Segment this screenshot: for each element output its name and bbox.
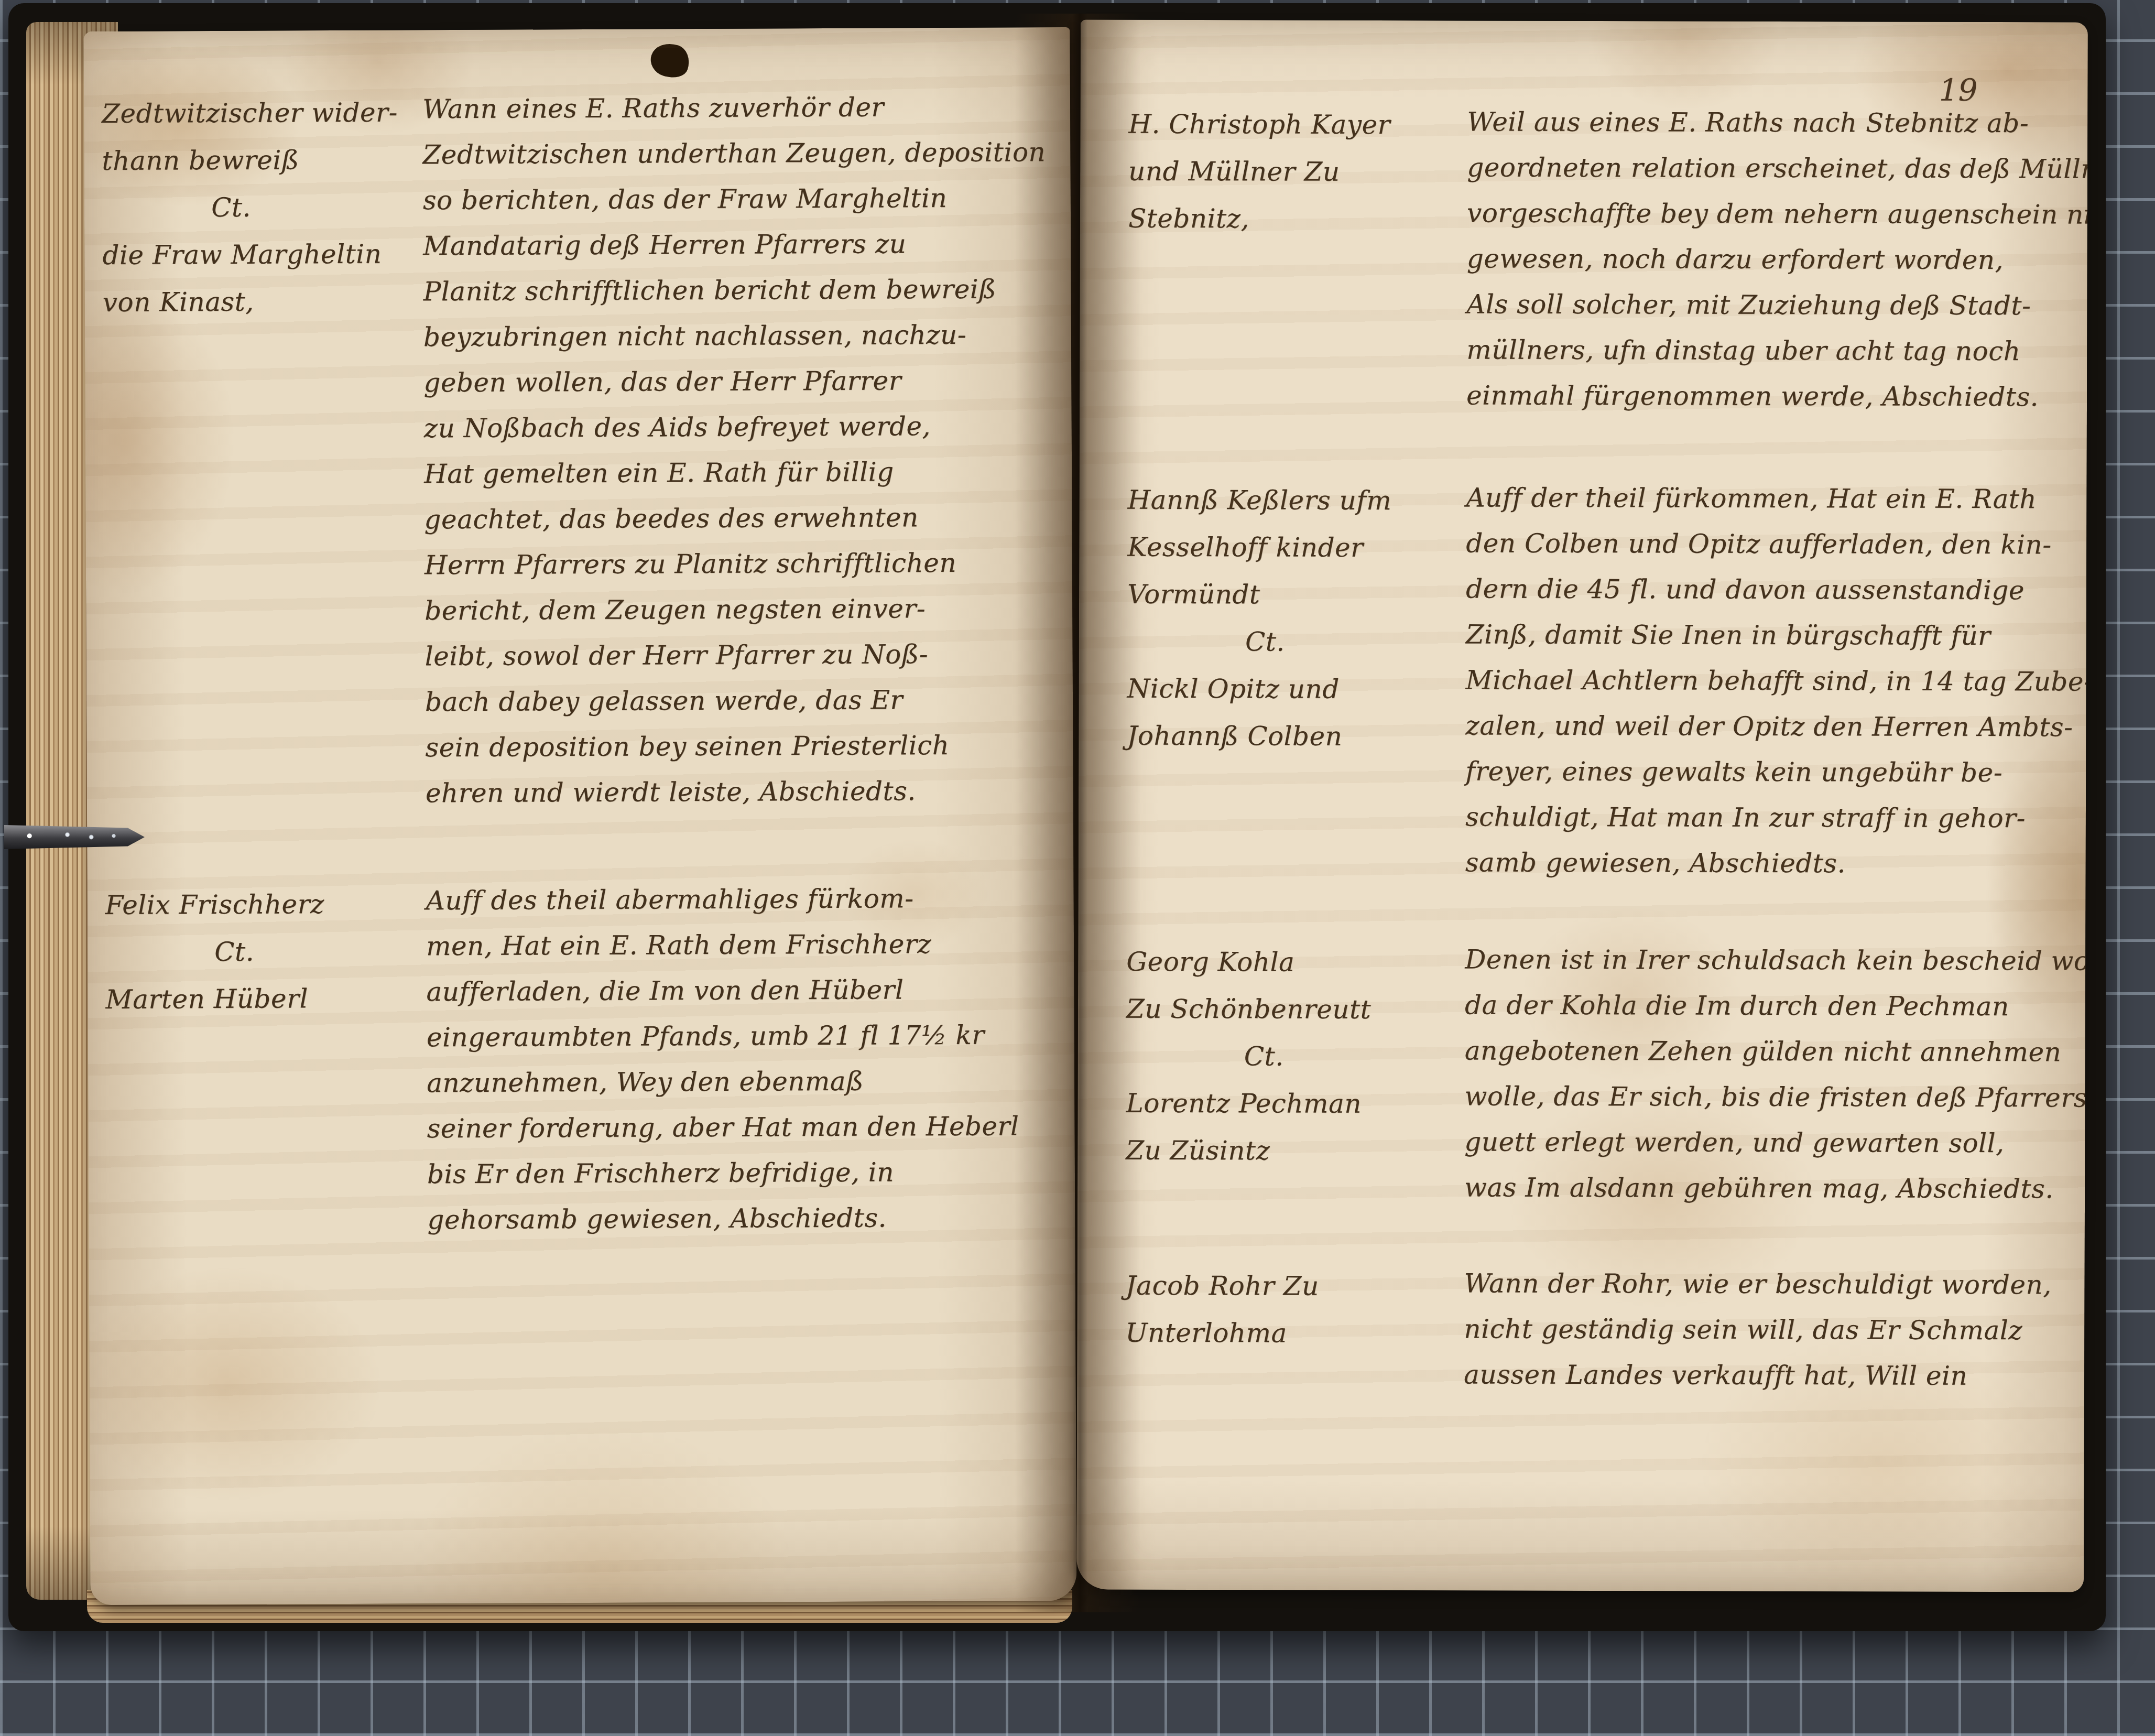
body-text-line: so berichten, das der Fraw Margheltin: [423, 175, 1044, 223]
body-text-line: Zedtwitzischen underthan Zeugen, deposit…: [422, 129, 1044, 178]
entry-body: Auff der theil fürkommen, Hat ein E. Rat…: [1465, 475, 2066, 887]
body-text-line: dern die 45 fl. und davon aussenstandige: [1466, 566, 2065, 613]
body-text-line: Herrn Pfarrers zu Planitz schrifftlichen: [425, 540, 1046, 588]
body-text-line: sein deposition bey seinen Priesterlich: [425, 722, 1047, 771]
margin-note-line: Unterlohma: [1125, 1309, 1464, 1358]
margin-notes: Jacob Rohr ZuUnterlohma: [1125, 1260, 1464, 1358]
body-text-line: gehorsamb gewiesen, Abschiedts.: [427, 1195, 1049, 1243]
body-text-line: da der Kohla die Im durch den Pechman: [1465, 982, 2064, 1029]
margin-note-line: Kesselhoff kinder: [1127, 524, 1466, 572]
margin-notes: Hannß Keßlers ufmKesselhoff kinderVormün…: [1127, 474, 1466, 761]
body-text-line: bis Er den Frischherz befridige, in: [427, 1149, 1049, 1197]
entry-body: Denen ist in Irer schuldsach kein besche…: [1464, 937, 2064, 1212]
margin-note-line: Lorentz Pechman: [1126, 1080, 1464, 1128]
body-text-line: leibt, sowol der Herr Pfarrer zu Noß-: [425, 631, 1046, 679]
photograph-of-manuscript: Zedtwitzischer wider-thann bewreißCt.die…: [0, 0, 2155, 1736]
margin-note-line: thann bewreiß: [102, 136, 422, 185]
open-manuscript-book: Zedtwitzischer wider-thann bewreißCt.die…: [8, 3, 2106, 1631]
margin-note-line: Nickl Opitz und: [1127, 665, 1465, 713]
body-text-line: men, Hat ein E. Rath dem Frischherz: [426, 921, 1048, 969]
body-text-line: Auff des theil abermahliges fürkom-: [426, 875, 1048, 924]
margin-note-line: Zu Schönbenreutt: [1126, 985, 1465, 1034]
margin-note-line: Marten Hüberl: [105, 974, 426, 1023]
entry-body: Wann eines E. Raths zuverhör derZedtwitz…: [422, 84, 1047, 816]
margin-note-line: Ct.: [102, 183, 423, 232]
record-entry: Hannß Keßlers ufmKesselhoff kinderVormün…: [1127, 474, 2066, 887]
record-entry: H. Christoph Kayerund Müllner ZuStebnitz…: [1128, 99, 2067, 420]
entry-body: Weil aus eines E. Raths nach Stebnitz ab…: [1466, 99, 2067, 420]
margin-notes: Georg KohlaZu SchönbenreuttCt.Lorentz Pe…: [1126, 936, 1465, 1175]
body-text-line: angebotenen Zehen gülden nicht annehmen: [1465, 1028, 2064, 1075]
body-text-line: Mandatarig deß Herren Pfarrers zu: [423, 221, 1044, 269]
body-text-line: anzunehmen, Wey den ebenmaß: [427, 1058, 1048, 1106]
body-text-line: einmahl fürgenommen werde, Abschiedts.: [1466, 373, 2066, 420]
body-text-line: freyer, eines gewalts kein ungebühr be-: [1465, 748, 2065, 796]
body-text-line: was Im alsdann gebühren mag, Abschiedts.: [1464, 1165, 2064, 1212]
body-text-line: Weil aus eines E. Raths nach Stebnitz ab…: [1467, 99, 2066, 146]
body-text-line: den Colben und Opitz aufferladen, den ki…: [1466, 520, 2065, 568]
right-page: 19 H. Christoph Kayerund Müllner ZuStebn…: [1076, 19, 2088, 1592]
body-text-line: schuldigt, Hat man In zur straff in geho…: [1465, 794, 2065, 841]
body-text-line: ehren und wierdt leiste, Abschiedts.: [426, 768, 1047, 816]
body-text-line: Auff der theil fürkommen, Hat ein E. Rat…: [1466, 475, 2065, 522]
body-text-line: beyzubringen nicht nachlassen, nachzu-: [423, 312, 1045, 360]
margin-note-line: Zedtwitzischer wider-: [102, 89, 422, 137]
margin-notes: Felix FrischherzCt.Marten Hüberl: [105, 878, 427, 1023]
metal-clasp: [4, 825, 145, 849]
body-text-line: samb gewiesen, Abschiedts.: [1465, 840, 2065, 887]
margin-note-line: Zu Züsintz: [1126, 1127, 1464, 1175]
body-text-line: Wann eines E. Raths zuverhör der: [422, 84, 1044, 132]
body-text-line: Hat gemelten ein E. Rath für billig: [424, 449, 1046, 497]
page-left-entries: Zedtwitzischer wider-thann bewreißCt.die…: [83, 27, 1076, 1605]
entry-body: Wann der Rohr, wie er beschuldigt worden…: [1464, 1261, 2064, 1399]
margin-note-line: Ct.: [1126, 1033, 1465, 1081]
body-text-line: bach dabey gelassen werde, das Er: [425, 677, 1047, 725]
margin-note-line: und Müllner Zu: [1128, 148, 1467, 196]
margin-note-line: Jacob Rohr Zu: [1125, 1262, 1464, 1310]
body-text-line: zu Noßbach des Aids befreyet werde,: [424, 403, 1046, 451]
record-entry: Felix FrischherzCt.Marten HüberlAuff des…: [105, 875, 1049, 1244]
margin-note-line: Johannß Colben: [1127, 712, 1465, 761]
margin-note-line: Ct.: [105, 927, 426, 976]
body-text-line: müllners, ufn dinstag uber acht tag noch: [1466, 327, 2066, 374]
body-text-line: zalen, und weil der Opitz den Herren Amb…: [1465, 703, 2065, 750]
body-text-line: geben wollen, das der Herr Pfarrer: [423, 357, 1045, 406]
page-right-entries: H. Christoph Kayerund Müllner ZuStebnitz…: [1076, 19, 2088, 1592]
body-text-line: bericht, dem Zeugen negsten einver-: [425, 585, 1046, 634]
body-text-line: aufferladen, die Im von den Hüberl: [426, 967, 1048, 1015]
margin-note-line: Felix Frischherz: [105, 880, 426, 929]
body-text-line: nicht geständig sein will, das Er Schmal…: [1464, 1306, 2063, 1353]
body-text-line: gewesen, noch darzu erfordert worden,: [1467, 236, 2066, 283]
body-text-line: Planitz schrifftlichen bericht dem bewre…: [423, 266, 1044, 314]
margin-notes: Zedtwitzischer wider-thann bewreißCt.die…: [102, 86, 423, 326]
body-text-line: Wann der Rohr, wie er beschuldigt worden…: [1464, 1261, 2063, 1308]
margin-note-line: Georg Kohla: [1126, 938, 1465, 986]
body-text-line: eingeraumbten Pfands, umb 21 fl 17½ kr: [427, 1012, 1048, 1060]
body-text-line: geordneten relation erscheinet, das deß …: [1467, 145, 2066, 192]
body-text-line: Denen ist in Irer schuldsach kein besche…: [1465, 937, 2064, 984]
margin-notes: H. Christoph Kayerund Müllner ZuStebnitz…: [1128, 99, 1467, 243]
body-text-line: Zinß, damit Sie Inen in bürgschafft für: [1466, 612, 2065, 659]
margin-note-line: Vormündt: [1127, 571, 1466, 619]
margin-note-line: Ct.: [1127, 618, 1466, 666]
record-entry: Georg KohlaZu SchönbenreuttCt.Lorentz Pe…: [1126, 936, 2064, 1212]
body-text-line: wolle, das Er sich, bis die fristen deß …: [1464, 1073, 2064, 1121]
body-text-line: Michael Achtlern behafft sind, in 14 tag…: [1466, 657, 2065, 704]
margin-note-line: Stebnitz,: [1128, 195, 1467, 243]
margin-note-line: H. Christoph Kayer: [1128, 101, 1467, 149]
margin-note-line: von Kinast,: [103, 277, 423, 326]
entry-body: Auff des theil abermahliges fürkom-men, …: [426, 875, 1049, 1243]
left-page: Zedtwitzischer wider-thann bewreißCt.die…: [83, 27, 1076, 1605]
body-text-line: Als soll solcher, mit Zuziehung deß Stad…: [1466, 281, 2066, 329]
margin-note-line: Hannß Keßlers ufm: [1127, 476, 1466, 525]
body-text-line: aussen Landes verkaufft hat, Will ein: [1464, 1352, 2063, 1399]
record-entry: Jacob Rohr ZuUnterlohmaWann der Rohr, wi…: [1125, 1260, 2064, 1399]
body-text-line: geachtet, das beedes des erwehnten: [424, 494, 1046, 542]
record-entry: Zedtwitzischer wider-thann bewreißCt.die…: [102, 84, 1047, 818]
margin-note-line: die Fraw Margheltin: [102, 230, 423, 279]
body-text-line: guett erlegt werden, und gewarten soll,: [1464, 1119, 2064, 1166]
body-text-line: vorgeschaffte bey dem nehern augenschein…: [1467, 190, 2066, 237]
body-text-line: seiner forderung, aber Hat man den Heber…: [427, 1103, 1048, 1152]
